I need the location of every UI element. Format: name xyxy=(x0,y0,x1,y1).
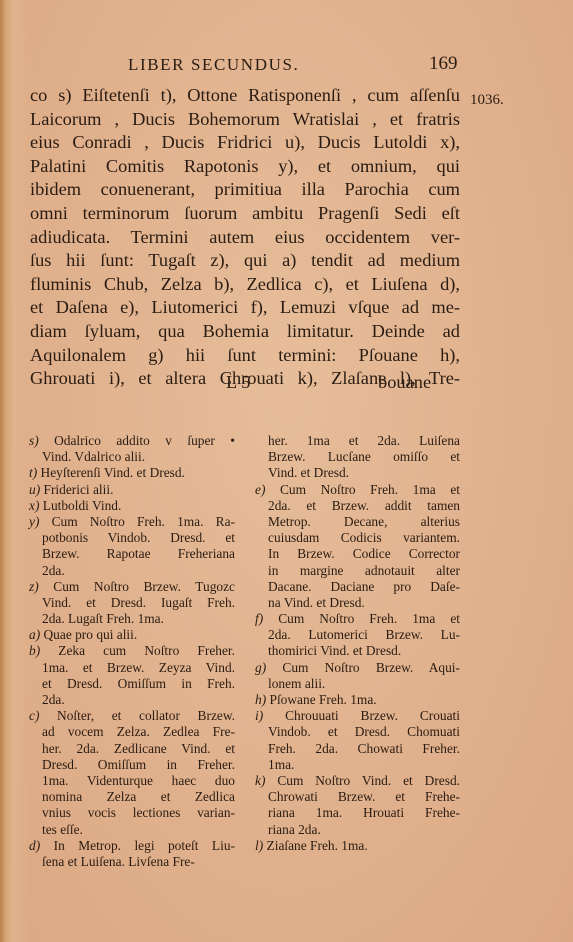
footnote-line: Metrop. Decane, alterius xyxy=(255,514,460,530)
footnote-text: Heyſterenſi Vind. et Dresd. xyxy=(41,465,185,480)
footnote: b) Zeka cum Noſtro Freher.1ma. et Brzew.… xyxy=(29,643,235,708)
footnote-line: cuiusdam Codicis variantem. xyxy=(255,530,460,546)
footnote-text: Ziaſane Freh. 1ma. xyxy=(267,838,368,853)
footnote-line: 2da. xyxy=(29,692,235,708)
footnote-text: Odalrico addito v ſuper • xyxy=(54,433,235,448)
footnote-text: Cum Noſtro Brzew. Aqui- xyxy=(282,660,460,675)
footnote-text: In Metrop. legi poteſt Liu- xyxy=(54,838,235,853)
footnote-first-line: l) Ziaſane Freh. 1ma. xyxy=(255,838,460,854)
footnote: k) Cum Noſtro Vind. et Dresd.Chrowati Br… xyxy=(255,773,460,838)
footnote-marker: k) xyxy=(255,773,265,788)
footnote-text: Friderici alii. xyxy=(44,482,114,497)
footnote-marker: c) xyxy=(29,708,39,723)
footnote-first-line: u) Friderici alii. xyxy=(29,482,235,498)
text-line: ſus hii ſunt: Tugaſt z), qui a) tendit a… xyxy=(30,249,460,273)
footnote: l) Ziaſane Freh. 1ma. xyxy=(255,838,460,854)
footnote-line: Vind. et Dresd. Iugaſt Freh. xyxy=(29,595,235,611)
footnote-line: Freh. 2da. Chowati Freher. xyxy=(255,741,460,757)
footnote-marker: z) xyxy=(29,579,39,594)
text-line: Laicorum , Ducis Bohemorum Wratislai , e… xyxy=(30,108,460,132)
margin-year-note: 1036. xyxy=(470,92,504,109)
footnote-first-line: k) Cum Noſtro Vind. et Dresd. xyxy=(255,773,460,789)
footnote: u) Friderici alii. xyxy=(29,482,235,498)
footnote-line: ad vocem Zelza. Zedlea Fre- xyxy=(29,724,235,740)
footnote-line: Vindob. et Dresd. Chomuati xyxy=(255,724,460,740)
footnote: h) Pſowane Freh. 1ma. xyxy=(255,692,460,708)
footnote-marker: x) xyxy=(29,498,39,513)
footnote-first-line: x) Lutboldi Vind. xyxy=(29,498,235,514)
footnote: x) Lutboldi Vind. xyxy=(29,498,235,514)
footnote-text: Cum Noſtro Vind. et Dresd. xyxy=(277,773,460,788)
footnote-text: Cum Noſtro Brzew. Tugozc xyxy=(53,579,235,594)
footnote-line: Vind. et Dresd. xyxy=(255,465,460,481)
main-text-block: co s) Eiſtetenſi t), Ottone Ratisponenſi… xyxy=(30,84,460,391)
footnote-line: 2da. Lugaſt Freh. 1ma. xyxy=(29,611,235,627)
footnote-line: 2da. et Brzew. addit tamen xyxy=(255,498,460,514)
footnote-first-line: z) Cum Noſtro Brzew. Tugozc xyxy=(29,579,235,595)
footnote-text: Cum Noſtro Freh. 1ma et xyxy=(278,611,460,626)
footnote-marker: f) xyxy=(255,611,263,626)
footnote-first-line: s) Odalrico addito v ſuper • xyxy=(29,433,235,449)
footnote-line: vnius vocis lectiones varian- xyxy=(29,805,235,821)
footnote-first-line: g) Cum Noſtro Brzew. Aqui- xyxy=(255,660,460,676)
footnote-marker: g) xyxy=(255,660,266,675)
footnote-line: Dacane. Daciane pro Daſe- xyxy=(255,579,460,595)
catchword: bouane xyxy=(378,372,431,393)
footnote-first-line: h) Pſowane Freh. 1ma. xyxy=(255,692,460,708)
footnote-first-line: f) Cum Noſtro Freh. 1ma et xyxy=(255,611,460,627)
footnote-text: Pſowane Freh. 1ma. xyxy=(270,692,377,707)
page-number: 169 xyxy=(429,53,458,75)
footnote-marker: a) xyxy=(29,627,40,642)
footnote-first-line: i) Chrouuati Brzew. Crouati xyxy=(255,708,460,724)
footnote-marker: d) xyxy=(29,838,40,853)
footnote-text: Cum Noſtro Freh. 1ma et xyxy=(280,482,460,497)
text-line: omni terminorum ſuorum ambitu Pragenſi S… xyxy=(30,202,460,226)
footnote-text: Zeka cum Noſtro Freher. xyxy=(58,643,235,658)
footnote-line: riana 1ma. Hrouati Frehe- xyxy=(255,805,460,821)
footnotes-left-column: s) Odalrico addito v ſuper •Vind. Vdalri… xyxy=(29,433,235,870)
text-line: co s) Eiſtetenſi t), Ottone Ratisponenſi… xyxy=(30,84,460,108)
footnote-line: In Brzew. Codice Corrector xyxy=(255,546,460,562)
footnote: g) Cum Noſtro Brzew. Aqui-lonem alii. xyxy=(255,660,460,692)
footnote-line: nomina Zelza et Zedlica xyxy=(29,789,235,805)
footnote-first-line: d) In Metrop. legi poteſt Liu- xyxy=(29,838,235,854)
footnote-line: et Dresd. Omiſſum in Freh. xyxy=(29,676,235,692)
text-line: et Daſena e), Liutomerici f), Lemuzi vſq… xyxy=(30,296,460,320)
footnote-line: Brzew. Rapotae Freheriana xyxy=(29,546,235,562)
footnote-line: ſena et Luiſena. Livſena Fre- xyxy=(29,854,235,870)
footnote-line: 1ma. Videnturque haec duo xyxy=(29,773,235,789)
footnote-line: potbonis Vindob. Dresd. et xyxy=(29,530,235,546)
footnote: c) Noſter, et collator Brzew.ad vocem Ze… xyxy=(29,708,235,838)
footnote-line: na Vind. et Dresd. xyxy=(255,595,460,611)
footnote-first-line: b) Zeka cum Noſtro Freher. xyxy=(29,643,235,659)
text-line: Aquilonalem g) hii ſunt termini: Pſouane… xyxy=(30,344,460,368)
footnote-line: lonem alii. xyxy=(255,676,460,692)
footnote-text: Noſter, et collator Brzew. xyxy=(57,708,235,723)
footnotes-right-column: her. 1ma et 2da. LuiſenaBrzew. Lucſane o… xyxy=(255,433,460,854)
text-line: ibidem conuenerant, primitiua illa Paroc… xyxy=(30,178,460,202)
text-line: adiudicata. Termini autem eius occidente… xyxy=(30,226,460,250)
footnote-line: tes eſſe. xyxy=(29,822,235,838)
footnote-line: her. 1ma et 2da. Luiſena xyxy=(255,433,460,449)
footnote-line: her. 2da. Zedlicane Vind. et xyxy=(29,741,235,757)
footnote: i) Chrouuati Brzew. CrouatiVindob. et Dr… xyxy=(255,708,460,773)
footnote-text: Chrouuati Brzew. Crouati xyxy=(285,708,460,723)
footnote-marker: t) xyxy=(29,465,37,480)
footnote-line: Vind. Vdalrico alii. xyxy=(29,449,235,465)
footnote-marker: b) xyxy=(29,643,40,658)
text-line: diam ſyluam, qua Bohemia limitatur. Dein… xyxy=(30,320,460,344)
footnote-line: Brzew. Lucſane omiſſo et xyxy=(255,449,460,465)
footnote-first-line: c) Noſter, et collator Brzew. xyxy=(29,708,235,724)
footnote: e) Cum Noſtro Freh. 1ma et2da. et Brzew.… xyxy=(255,482,460,612)
text-line: Palatini Comitis Rapotonis y), et omnium… xyxy=(30,155,460,179)
footnote: z) Cum Noſtro Brzew. TugozcVind. et Dres… xyxy=(29,579,235,628)
footnote: s) Odalrico addito v ſuper •Vind. Vdalri… xyxy=(29,433,235,465)
footnote-text: Lutboldi Vind. xyxy=(43,498,122,513)
footnote-first-line: t) Heyſterenſi Vind. et Dresd. xyxy=(29,465,235,481)
signature-mark: L 5 xyxy=(226,372,250,393)
footnote: her. 1ma et 2da. LuiſenaBrzew. Lucſane o… xyxy=(255,433,460,482)
footnote-text: Cum Noſtro Freh. 1ma. Ra- xyxy=(52,514,235,529)
footnote-line: thomirici Vind. et Dresd. xyxy=(255,643,460,659)
footnote-line: in margine adnotauit alter xyxy=(255,563,460,579)
book-page: LIBER SECUNDUS. 169 1036. co s) Eiſteten… xyxy=(0,0,573,942)
footnote-marker: y) xyxy=(29,514,39,529)
footnote-line: 2da. xyxy=(29,563,235,579)
text-line: fluminis Chub, Zelza b), Zedlica c), et … xyxy=(30,273,460,297)
footnote-first-line: y) Cum Noſtro Freh. 1ma. Ra- xyxy=(29,514,235,530)
footnote-first-line: e) Cum Noſtro Freh. 1ma et xyxy=(255,482,460,498)
running-head: LIBER SECUNDUS. xyxy=(128,55,428,75)
footnote-first-line: a) Quae pro qui alii. xyxy=(29,627,235,643)
text-line: eius Conradi , Ducis Fridrici u), Ducis … xyxy=(30,131,460,155)
footnote-marker: s) xyxy=(29,433,39,448)
footnote-marker: e) xyxy=(255,482,265,497)
footnote: f) Cum Noſtro Freh. 1ma et2da. Lutomeric… xyxy=(255,611,460,660)
footnote-line: 2da. Lutomerici Brzew. Lu- xyxy=(255,627,460,643)
footnote-line: 1ma. xyxy=(255,757,460,773)
footnote: a) Quae pro qui alii. xyxy=(29,627,235,643)
footnote-marker: h) xyxy=(255,692,266,707)
footnote-line: Chrowati Brzew. et Frehe- xyxy=(255,789,460,805)
footnote-line: riana 2da. xyxy=(255,822,460,838)
footnote-line: 1ma. et Brzew. Zeyza Vind. xyxy=(29,660,235,676)
footnote: d) In Metrop. legi poteſt Liu-ſena et Lu… xyxy=(29,838,235,870)
footnote: t) Heyſterenſi Vind. et Dresd. xyxy=(29,465,235,481)
footnote-line: Dresd. Omiſſum in Freher. xyxy=(29,757,235,773)
footnote-marker: u) xyxy=(29,482,40,497)
footnote-marker: i) xyxy=(255,708,263,723)
footnote-marker: l) xyxy=(255,838,263,853)
footnote: y) Cum Noſtro Freh. 1ma. Ra-potbonis Vin… xyxy=(29,514,235,579)
footnote-text: Quae pro qui alii. xyxy=(44,627,138,642)
